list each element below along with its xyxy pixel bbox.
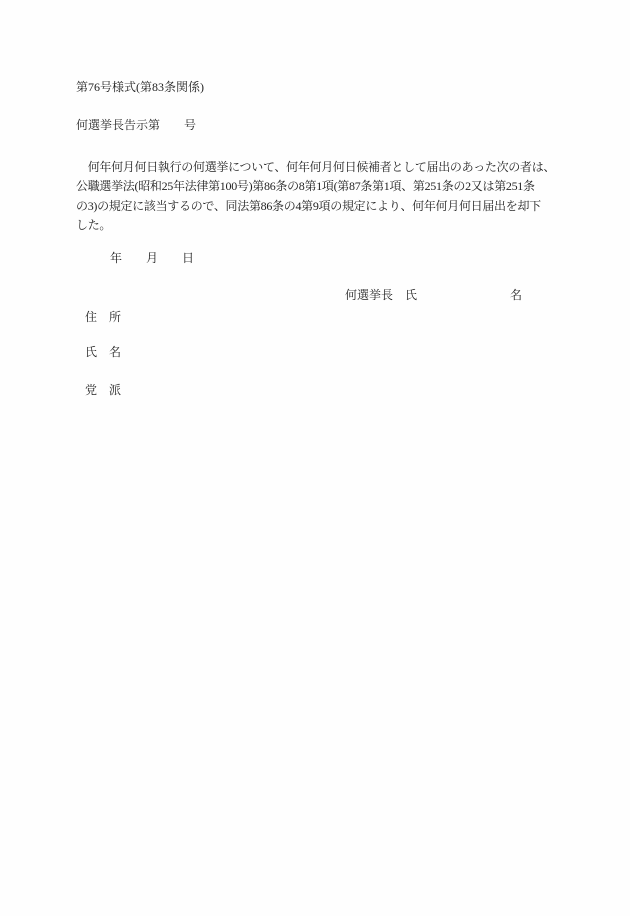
field-label-address: 住 所 xyxy=(85,311,121,323)
field-label-name: 氏 名 xyxy=(85,346,121,358)
body-line: 公職選挙法(昭和25年法律第100号)第86条の8第1項(第87条第1項、第25… xyxy=(76,177,582,196)
body-line: の3)の規定に該当するので、同法第86条の4第9項の規定により、何年何月何日届出… xyxy=(76,197,582,216)
document-page: 第76号様式(第83条関係) 何選挙長告示第 号 何年何月何日執行の何選挙につい… xyxy=(0,0,630,916)
date-line: 年 月 日 xyxy=(110,252,194,264)
signature-election-officer-label: 何選挙長 氏 xyxy=(345,289,417,301)
body-line: 何年何月何日執行の何選挙について、何年何月何日候補者として届出のあった次の者は、 xyxy=(76,158,582,177)
field-label-party: 党 派 xyxy=(85,384,121,396)
body-paragraph: 何年何月何日執行の何選挙について、何年何月何日候補者として届出のあった次の者は、… xyxy=(76,158,582,235)
form-style-number: 第76号様式(第83条関係) xyxy=(76,81,204,93)
notice-number-line: 何選挙長告示第 号 xyxy=(76,119,196,131)
body-line: した。 xyxy=(76,216,582,235)
signature-name-suffix-label: 名 xyxy=(510,289,522,301)
